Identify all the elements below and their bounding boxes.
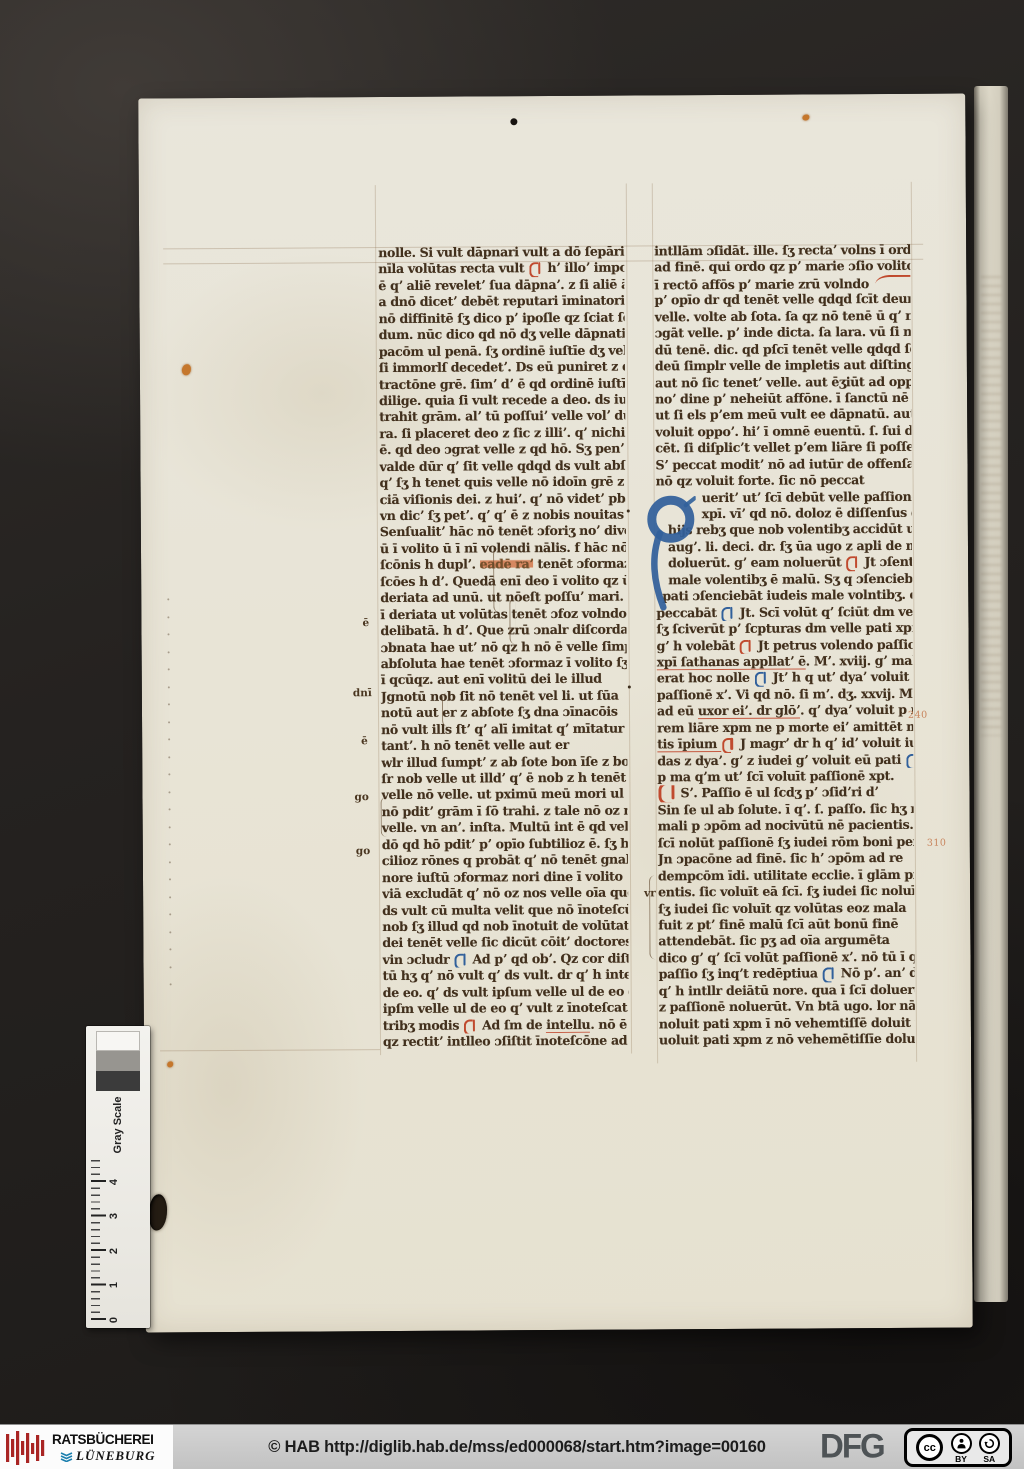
library-city: LÜNEBURG [76,1448,156,1464]
cc-icon: cc [916,1434,943,1461]
manuscript-text-line: uoluit pati xpm z nō vehemētiſſīe doluit [659,1031,915,1049]
pricking-dot [169,861,171,863]
pricking-dot [168,651,170,653]
manuscript-text-line: tis īpium J magrʼ dr h qʼ idʼ voluit iu [657,735,913,753]
cc-sa-label: SA [983,1455,995,1463]
wormhole [149,1194,167,1230]
manuscript-text-line: dō qd hō pditʼ pʼ opīo ſubtilioz ē. ſʒ h… [382,835,628,853]
paragraph-mark [529,263,540,275]
ruler-number: 1 [108,1279,120,1291]
manuscript-text-line: tribʒ modis Ad ſm de intellu. nō ē ſiſe [383,1016,629,1034]
manuscript-text-line: nō pditʼ grām ī ſō trahi. z tale nō oz n… [382,802,628,820]
paragraph-mark [846,556,857,568]
paragraph-mark [464,1019,475,1031]
waves-icon [60,1450,73,1462]
manuscript-text-line: deū ſimplr velle de impletis aut diſting… [655,357,911,375]
ink-dot [628,686,631,689]
manuscript-text-line: z paſſionē noluerūt. Vn btā ugo. lor nāu [659,998,915,1016]
manuscript-text-line: delibatā. h dʼ. Que zrū ɔnalr diſcordaʼ [380,622,626,640]
manuscript-text-line: ſcōes h dʼ. Quedā enī deo ī volito qz ū [380,572,626,590]
library-name: RATSBÜCHEREI [52,1432,156,1447]
pricking-dot [168,756,170,758]
manuscript-text-line: ds vult cū multa velit que nō īnoteſcūt [382,901,628,919]
show-through-text [981,276,1001,736]
margin-gloss: dnī [353,687,372,699]
manuscript-text-line: ciā viſionis dei. z huiʼ. qʼ nō videtʼ p… [380,490,626,508]
cc-license-badge: cc BY SA [904,1428,1012,1467]
paragraph-mark [906,753,913,765]
paragraph-mark [823,968,834,980]
pricking-dot [168,668,170,670]
grayscale-patches [86,1026,150,1091]
pricking-dot [168,633,170,635]
paragraph-mark [740,639,751,651]
grayscale-card-content: 0 1 2 3 4 Gray Scale [86,1026,150,1328]
manuscript-text-line: notū aut er z abſote ſʒ dna ɔīnacōis [381,704,627,722]
manuscript-text-line: nō qz voluit forte. ſic nō peccat [656,472,912,490]
manuscript-text-line: qz rectitʼ intlleo ɔſiſtit īnoteſcōne ad… [383,1033,629,1051]
manuscript-text-line: abſoluta hae tenēt ɔformaz ī volito ſʒ n… [381,655,627,673]
manuscript-text-line: noluit pati xpm ī nō vehemtiſſē doluit ſ… [659,1014,915,1032]
manuscript-text-line: ut ſi els pʼem meū vult ee dāpnatū. aut [655,406,911,424]
manuscript-text-line: paſſionē xʼ. Vi qd nō. ſi mʼ. dʒ. xxvij.… [657,686,913,704]
manuscript-text-line: dū tenē. dic. qd pſcī tenēt velle qdqd ſ… [655,340,911,358]
pricking-dot [168,791,170,793]
grayscale-label: Gray Scale [86,1094,150,1156]
patch-mid [96,1051,140,1071]
text-bracket [442,693,448,727]
library-name-block: RATSBÜCHEREI LÜNEBURG [52,1432,156,1464]
manuscript-text-line: Sʼ peccat moditʼ nō ad iutūr de offenſa [655,456,911,474]
patch-dark [96,1071,140,1091]
manuscript-text-line: velle nō velle. ut pximū meū mori ul [381,786,627,804]
margin-number: 310 [927,838,947,849]
pricking-dot [170,966,172,968]
manuscript-text-line: ē. qd deo ɔgrat velle z qd hō. Sʒ penʼ d… [379,441,625,459]
manuscript-text-line: dei tenēt velle ſic dicūt cōitʼ doctores [382,934,628,952]
text-bracket [493,548,499,612]
pricking-dot [169,808,171,810]
manuscript-text-line: ū ī volito ū ī nī volendi nālis. f hāc n… [380,539,626,557]
text-bracket [381,797,387,837]
manuscript-text-line: nolle. Si vult dāpnari vult a dō ſepāri.… [378,244,624,262]
manuscript-text-line: Jgnotū nob ſit nō tenēt vel li. ut ſūa [381,687,627,705]
manuscript-text-line: fuit z ptʼ finē malū ſcī aūt bonū finē [658,916,914,934]
manuscript-text-line: ī deriata ut volūtas tenēt ɔfoz volndo [380,605,626,623]
rust-spot [167,1061,173,1067]
paragraph-mark [722,738,733,750]
pricking-dot [168,721,170,723]
manuscript-text-line: wlr illud ſumptʼ z ab ſote bon īſe z bon… [381,753,627,771]
manuscript-text-line: ſʒ iudei ſic voluīt qz volūtas eoz mala [658,899,914,917]
manuscript-text-line: qʼ h intllr deiātū nore. qua ī ſcī dolue… [659,981,915,999]
margin-gloss: go [356,845,370,857]
manuscript-text-line: Senſualitʼ hāc nō tenēt ɔforiʒ noʼ dive [380,523,626,541]
manuscript-text-line: gʼ h volebāt Jt petrus volendo paſſionē [657,636,913,654]
dfg-logo: DFG [820,1426,884,1466]
ruling-line [160,1049,380,1051]
manuscript-text-line: paſſio ſʒ inqʼt redēptiua Nō pʼ. anʼ dʼ [659,965,915,983]
manuscript-text-line: ipſm velle ul de eo qʼ vult z īnoteſcat … [383,1000,629,1018]
grayscale-card: 0 1 2 3 4 Gray Scale [86,1026,150,1328]
pricking-dot [170,983,172,985]
library-logo-panel: RATSBÜCHEREI LÜNEBURG [0,1425,173,1469]
manuscript-text-line: dico gʼ qʼ ſcī volūt paſſionē xʼ. nō tū … [658,949,914,967]
cc-by-label: BY [955,1455,967,1463]
text-column-left: nolle. Si vult dāpnari vult a dō ſepāri.… [378,244,629,1051]
text-column-right: intllām ɔſidāt. ille. ſʒ rectaʼ volns ī … [654,242,915,1049]
pricking-dot [169,878,171,880]
manuscript-text-line: pacōm ul penā. ſʒ ordinē iuſtīe dʒ velle… [379,342,625,360]
manuscript-text-line: ē qʼ aliē reveletʼ ſua dāpnaʼ. z ſi aliē… [378,276,624,294]
manuscript-text-line: nob ſʒ illud qd nob īnotuit de volūtate [382,917,628,935]
manuscript-text-line: de eo. qʼ ds vult ipſum velle ul de eo q… [383,983,629,1001]
ruler-number: 0 [108,1314,120,1326]
manuscript-text-line: trahit grām. alʼ tū poſſuiʼ velle volʼ d… [379,408,625,426]
manuscript-text-line: nō vult ills ſtʼ qʼ alī imitat qʼ mītatu… [381,720,627,738]
manuscript-text-line: deriata ad unū. ut nōeſt poſſuʼ mari. n.… [380,589,626,607]
pricking-dot [169,913,171,915]
cc-sa-arrow-icon [979,1433,1000,1454]
cc-by-person-icon [951,1433,972,1454]
wormhole-dot [510,118,517,125]
text-bracket [509,598,515,644]
pricking-dot [169,931,171,933]
ink-dot [627,510,630,513]
manuscript-text-line: valde dūr qʼ ſit velle qdqd ds vult abſo… [379,457,625,475]
manuscript-text-line: ad finē. qui ordo qz pʼ marie ɔſio volit… [654,258,910,276]
manuscript-text-line: mali p ɔpōm ad nocivūtū nē pacientis. ſi… [658,817,914,835]
manuscript-text-line: dum. nūc dico qd nō dʒ velle dāpnatiōnē … [379,326,625,344]
manuscript-page: nolle. Si vult dāpnari vult a dō ſepāri.… [138,93,973,1332]
pricking-dot [169,826,171,828]
ruler-number: 3 [108,1210,120,1222]
illuminated-initial-Q [644,493,697,620]
manuscript-text-line: ɔbnata hae utʼ nō qz h nō ē velle ſimplr [381,638,627,656]
manuscript-text-line: cēt. ſi diſplicʼt vellet pʼem liāre ſi p… [655,439,911,457]
manuscript-text-line: vin ɔcludr Ad pʼ qd obʼ. Qz cor diſtoe [382,950,628,968]
manuscript-text-line: voluit oppoʼ. hiʼ ī omnē euentū. ſ. ſui … [655,423,911,441]
pricking-dot [167,598,169,600]
margin-number: 240 [908,710,928,721]
manuscript-text-line: intllām ɔſidāt. ille. ſʒ rectaʼ volns ī … [654,242,910,260]
manuscript-text-line: tū hʒ qʼ nō vult qʼ ds vult. dr qʼ h int… [383,967,629,985]
manuscript-text-line: ſr nob velle ut illdʼ qʼ ē nob z h tenēt [381,770,627,788]
rubric-flourish [875,275,911,284]
manuscript-text-line: dempcōm īdi. utilitate ecclie. ī glām pn… [658,866,914,884]
pricking-dot [167,616,169,618]
manuscript-text-line: ſi immorlſ decedetʼ. Ds eū puniret z de … [379,359,625,377]
manuscript-text-line: entis. ſic voluīt eā ſcī. ſʒ iudei ſic n… [658,883,914,901]
paragraph-mark [658,784,674,800]
manuscript-text-line: ad eū uxor eiʼ. dr glōʼ. qʼ dyaʼ voluit … [657,702,913,720]
manuscript-text-line: ſʒ ſciverūt pʼ ſcpturas dm velle pati xp… [656,620,912,638]
manuscript-text-line: ɔgāt velle. pʼ inde dicta. ſa lara. vū ſ… [655,324,911,342]
manuscript-text-line: vn dicʼ ſʒ petʼ. qʼ qʼ ē z nobis nouitas [380,507,626,525]
manuscript-text-line: viā excludāt qʼ nō oz nos velle oīa que [382,885,628,903]
cc-by-item: BY [951,1433,972,1463]
manuscript-text-line: ſcōnis h duplʼ. eadē raʼ tenēt ɔformaz [380,556,626,574]
ruler-number: 2 [108,1245,120,1257]
manuscript-text-line: aut nō ſic tenetʼ velle. aut ēʒiūt ad op… [655,373,911,391]
rust-spot [802,114,809,120]
margin-gloss: ē [361,735,368,747]
manuscript-text-line: Sin ſe ul ab ſolute. ī qʼ. ſ. paſſo. ſic… [658,801,914,819]
manuscript-text-line: pʼ opīo dr qd tenēt velle qdqd ſcīt deum [654,291,910,309]
manuscript-text-line: das z dyaʼ. gʼ z iudei gʼ voluit eū pati… [657,751,913,769]
pricking-dot [168,686,170,688]
pricking-dot [168,703,170,705]
patch-white [96,1031,140,1051]
manuscript-text-line: cilioz rōnes q probāt qʼ nō tenēt gnalit [382,852,628,870]
paragraph-mark [454,953,465,965]
manuscript-text-line: dilige. quia ſi vult recede a deo. ds iu… [379,392,625,410]
manuscript-text-line: noʼ dine pʼ neheiūt affōne. ī ſanctū nē [655,390,911,408]
paragraph-mark [722,607,733,619]
grayscale-ruler: 0 1 2 3 4 [86,1156,150,1328]
manuscript-text-line: rem liāre xpm ne p morte eiʼ amittēt moz [657,719,913,737]
margin-gloss: ē [362,617,369,629]
manuscript-text-line: Sʼ. Paſſio ē ul ſcdʒ pʼ ɔſidʼri dʼ [657,784,913,802]
pricking-dots [138,93,965,98]
pricking-dot [169,948,171,950]
manuscript-text-line: nīla volūtas recta vult hʼ illoʼ impoſſl… [378,260,624,278]
pricking-dot [168,738,170,740]
manuscript-text-line: nō diffinitē ſʒ dico pʼ ipoſle qz ſciat … [379,309,625,327]
margin-gloss: vr [644,887,656,899]
manuscript-text-line: xpī ſathanas appllatʼ ē. Mʼ. xviij. gʼ m… [657,653,913,671]
manuscript-text-line: ra. ſi placeret deo z ſic z illiʼ. qʼ ni… [379,424,625,442]
manuscript-text-line: ī qcūqz. aut enī volitū dei le illud [381,671,627,689]
ruler-major-ticks [91,1158,106,1320]
manuscript-text-line: attendebāt. ſic pʒ ad oīa argumēta [658,932,914,950]
manuscript-text-line: tractōne grē. ſimʼ dʼ ē qd ordinē iuſtīe… [379,375,625,393]
manuscript-text-line: velle. volte ab ſota. ſa qz nō tenē ū qʼ… [655,308,911,326]
footer-bar: RATSBÜCHEREI LÜNEBURG © HAB http://digli… [0,1424,1024,1469]
manuscript-text-line: velle. vn anʼ. inſta. Multū int ē qd vel… [382,819,628,837]
manuscript-text-line: qʼ ſʒ h tenet quis velle nō idoīn grē z … [380,474,626,492]
rust-spot [182,364,191,375]
manuscript-text-line: a dnō dicetʼ debēt reputari īminatorie d… [378,293,624,311]
manuscript-text-line: erat hoc nolle Jtʼ h q utʼ dyaʼ voluit [657,669,913,687]
copyright-url: © HAB http://diglib.hab.de/mss/ed000068/… [240,1425,794,1469]
manuscript-text-line: nore iuſtū ɔformaz nori dine ī volito [382,868,628,886]
photograph-stage: nolle. Si vult dāpnari vult a dō ſepāri.… [0,0,1024,1469]
pricking-dot [169,896,171,898]
paragraph-mark [755,672,766,684]
manuscript-text-line: tantʼ. h nō tenēt velle aut er [381,737,627,755]
cc-sa-item: SA [979,1433,1000,1463]
library-bars-icon [5,1429,47,1467]
pricking-dot [169,843,171,845]
book-fore-edge [974,86,1008,1302]
margin-gloss: go [354,791,368,803]
manuscript-text-line: ſcī nolūt paſſionē ſʒ iudei rōm boni per [658,834,914,852]
manuscript-text-line: ī rectō affōs pʼ marie zrū volndo Ho [654,275,910,293]
pricking-dot [168,773,170,775]
manuscript-text-line: p ma qʼm utʼ ſcī voluīt paſſionē xpt. [657,768,913,786]
ruler-number: 4 [108,1176,120,1188]
manuscript-text-line: Jn ɔpacōne ad finē. ſic hʼ ɔpōm ad re [658,850,914,868]
